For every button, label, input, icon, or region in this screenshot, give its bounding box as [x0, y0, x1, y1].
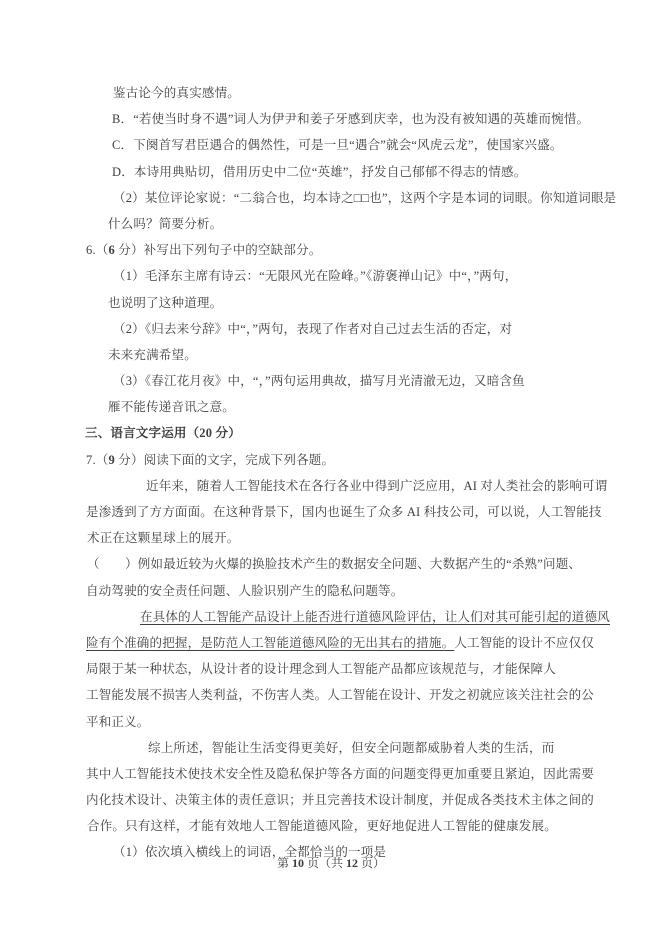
text-segment: （ ）例如最近较为火爆的换脸技术产生的数据安全问题、大数据产生的“杀熟”问题、 — [87, 557, 581, 571]
document-body: 鉴古论今的真实感情。B．“若使当时身不遇”词人为伊尹和姜子牙感到庆幸，也为没有被… — [0, 80, 638, 866]
text-segment: 术正在这颗星球上 — [87, 531, 189, 545]
text-line: B．“若使当时身不遇”词人为伊尹和姜子牙感到庆幸，也为没有被知遇的英雄而惋惜。 — [112, 106, 638, 132]
text-line: 7.（9 分）阅读下面的文字，完成下列各题。 — [86, 447, 638, 473]
text-line: 其中人工智能技术使技术安全性及隐私保护等各方面的问题变得更加重要且紧迫，因此需要 — [86, 761, 638, 787]
text-segment: （2）某位评论家说：“二翁合也，均本诗之□□也”，这两个字是本词的词眼。你知道词… — [113, 191, 616, 205]
text-line: 三、语言文字运用（20 分） — [85, 420, 638, 446]
footer-page-number: 10 — [292, 856, 304, 870]
footer-text: 第 — [277, 856, 289, 870]
text-segment: 工智能发展不损害人类利益，不伤害人类。人工智能在设计、开发之初就应该关注社会的公 — [86, 688, 594, 702]
text-segment: 平和正义。 — [86, 715, 150, 729]
text-line: 综上所述，智能让生活变得更美好，但安全问题都威胁着人类的生活，而 — [148, 735, 638, 761]
text-segment: （2）《归去来兮辞》中“ — [113, 322, 246, 336]
footer-total-pages: 12 — [346, 856, 358, 870]
text-segment: 合作。只有这样，才能有效地 — [87, 819, 252, 833]
text-segment: ”两句运用典故，描写月光清澈无边，又暗含鱼 — [265, 374, 525, 388]
text-segment: 7.（ — [86, 453, 108, 467]
text-segment: 6.（ — [86, 243, 108, 257]
page-footer: 第 10 页（共 12 页） — [0, 855, 662, 871]
text-segment: 是渗透到了方方面面。在这种背景下，国内也诞生了众多 AI 科技公司，可以说，人工… — [86, 505, 602, 519]
text-segment: 近年来，随着人工智能技术在各行各业中得到广泛应用，AI 对人类社会的影响可谓 — [146, 479, 607, 493]
text-segment: （3）《春江花月夜》中，“ — [113, 374, 259, 388]
text-line: （ ）例如最近较为火爆的换脸技术产生的数据安全问题、大数据产生的“杀熟”问题、 — [87, 551, 638, 577]
underlined-passage: 在具体的人工智能产品设计上能否进行道德风险评估，让人们对其可能引起的道德风 — [140, 610, 610, 624]
text-line: 是渗透到了方方面面。在这种背景下，国内也诞生了众多 AI 科技公司，可以说，人工… — [86, 499, 638, 525]
text-line: 平和正义。 — [86, 709, 638, 735]
footer-text: 页） — [361, 856, 385, 870]
text-segment: ，才能保障人 — [480, 662, 556, 676]
text-line: 鉴古论今的真实感情。 — [113, 80, 638, 106]
exam-paper-page: 鉴古论今的真实感情。B．“若使当时身不遇”词人为伊尹和姜子牙感到庆幸，也为没有被… — [0, 0, 662, 936]
text-segment: C．下阕首写君臣遇合的偶然性，可是一旦“遇合”就会“风虎云龙”，使国家兴盛。 — [112, 138, 563, 152]
text-segment: 都威胁着人类的生活，而 — [415, 741, 555, 755]
underlined-passage: 险有个准确的把握，是防范人工智能道德风险的无出其右的措施。 — [86, 636, 454, 650]
text-segment: 局限于某一种状态，从设计者的设计理念到人工智能产品都应该规范与 — [86, 662, 480, 676]
text-segment: ”两句，表现了作者对自己过去生活的否定，对 — [252, 322, 512, 336]
text-segment: ”两句， — [474, 269, 518, 283]
text-line: 合作。只有这样，才能有效地人工智能道德风险，更好地促进人工智能的健康发展。 — [87, 813, 638, 839]
text-segment: 什么吗？简要分析。 — [108, 217, 222, 231]
text-line: 局限于某一种状态，从设计者的设计理念到人工智能产品都应该规范与，才能保障人 — [86, 656, 638, 682]
text-line: C．下阕首写君臣遇合的偶然性，可是一旦“遇合”就会“风虎云龙”，使国家兴盛。 — [112, 132, 638, 158]
text-line: 在具体的人工智能产品设计上能否进行道德风险评估，让人们对其可能引起的道德风 — [140, 604, 638, 630]
text-segment: 内化技术设计、决策主体的责任意识；并且完善技术设计制度，并促成各类技术主体之间的 — [86, 793, 594, 807]
text-line: 险有个准确的把握，是防范人工智能道德风险的无出其右的措施。人工智能的设计不应仅仅 — [86, 630, 638, 656]
text-line: （2）《归去来兮辞》中“，”两句，表现了作者对自己过去生活的否定，对 — [113, 316, 638, 342]
text-segment: D．本诗用典贴切，借用历史中二位“英雄”，抒发自己郁郁不得志的情感。 — [112, 165, 526, 179]
text-line: D．本诗用典贴切，借用历史中二位“英雄”，抒发自己郁郁不得志的情感。 — [112, 159, 638, 185]
text-segment: 雁不能传递音讯之意。 — [108, 400, 235, 414]
text-line: 什么吗？简要分析。 — [108, 211, 638, 237]
text-segment: 三、语言文字运用（20 分） — [85, 426, 241, 440]
text-segment: 的展开。 — [189, 531, 240, 545]
text-line: 雁不能传递音讯之意。 — [108, 394, 638, 420]
text-line: （2）某位评论家说：“二翁合也，均本诗之□□也”，这两个字是本词的词眼。你知道词… — [113, 185, 638, 211]
text-segment: 综上所述，智能让生活变得更美好，但安全问题 — [148, 741, 415, 755]
text-line: 自动驾驶的安全责任问题、人脸识别产生的隐私问题等。 — [86, 578, 638, 604]
text-segment: 人工智能道德风险，更好地促进人工智能的健康发展。 — [252, 819, 557, 833]
text-line: 内化技术设计、决策主体的责任意识；并且完善技术设计制度，并促成各类技术主体之间的 — [86, 787, 638, 813]
text-line: 未来充满希望。 — [108, 342, 638, 368]
text-segment: 人工智能的设计不应仅仅 — [454, 636, 594, 650]
text-line: （3）《春江花月夜》中，“，”两句运用典故，描写月光清澈无边，又暗含鱼 — [113, 368, 638, 394]
text-line: 6.（6 分）补写出下列句子中的空缺部分。 — [86, 237, 638, 263]
text-segment: 分）阅读下面的文字，完成下列各题。 — [115, 453, 334, 467]
text-segment: 未来充满希望。 — [108, 348, 197, 362]
text-line: 术正在这颗星球上的展开。 — [87, 525, 638, 551]
text-line: 工智能发展不损害人类利益，不伤害人类。人工智能在设计、开发之初就应该关注社会的公 — [86, 682, 638, 708]
text-segment: B．“若使当时身不遇”词人为伊尹和姜子牙感到庆幸，也为没有被知遇的英雄而惋惜。 — [112, 112, 589, 126]
text-segment: 鉴古论今的真实感情。 — [113, 86, 240, 100]
text-segment: 也说明了这种道理。 — [108, 296, 222, 310]
text-segment: （1）毛泽东主席有诗云：“无限风光在险峰。”《游褒禅山记》中“ — [113, 269, 467, 283]
footer-text: 页（共 — [307, 856, 343, 870]
text-line: 近年来，随着人工智能技术在各行各业中得到广泛应用，AI 对人类社会的影响可谓 — [146, 473, 638, 499]
text-line: （1）毛泽东主席有诗云：“无限风光在险峰。”《游褒禅山记》中“，”两句， — [113, 263, 638, 289]
text-segment: 自动驾驶的安全责任问题、人脸识别产生的隐私问题等。 — [86, 584, 404, 598]
text-segment: 分）补写出下列句子中的空缺部分。 — [115, 243, 322, 257]
text-line: 也说明了这种道理。 — [108, 290, 638, 316]
text-segment: 其中人工智能技术使技术安全性及隐私保护等各方面的问题变得更加重要且紧迫，因此需要 — [86, 767, 594, 781]
